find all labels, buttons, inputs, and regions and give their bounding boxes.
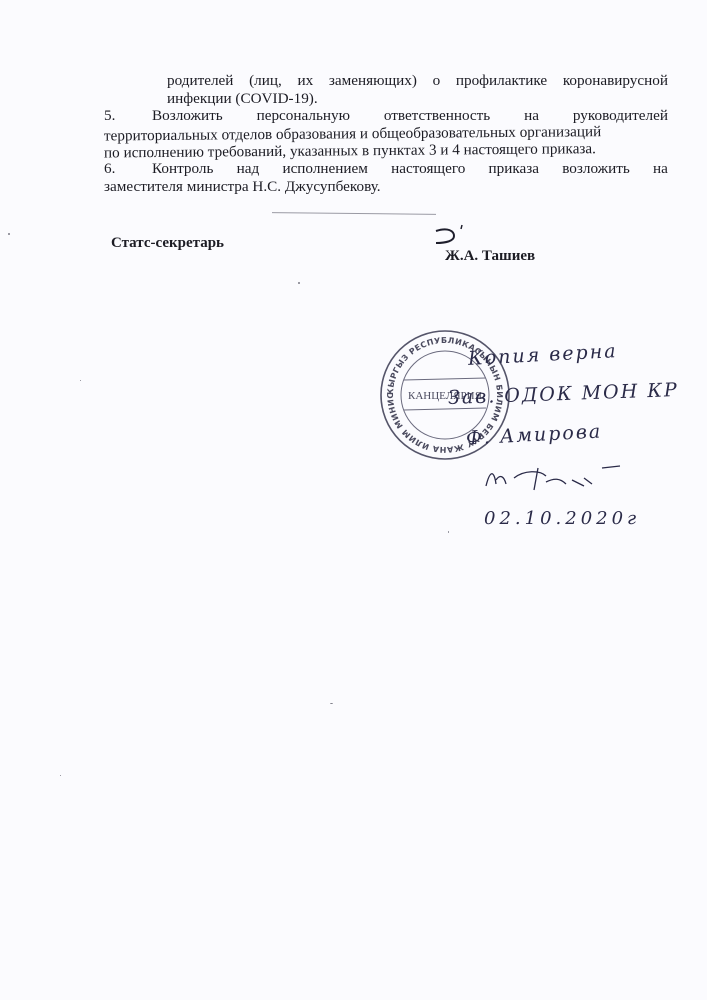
- signature-mark-icon: [432, 222, 472, 248]
- scan-speck: [448, 531, 449, 533]
- scan-speck: [60, 775, 61, 776]
- item-5-number: 5.: [104, 107, 152, 125]
- signatory-name: Ж.А. Ташиев: [445, 248, 535, 265]
- handwritten-signature-icon: [480, 460, 630, 496]
- scan-speck: [298, 282, 300, 284]
- continuation-line-2: инфекции (COVID-19).: [112, 90, 668, 108]
- signatory-title: Статс-секретарь: [111, 235, 224, 252]
- separator-line: [272, 212, 436, 215]
- item-5-line-1: 5.Возложить персональную ответственность…: [104, 107, 668, 125]
- scan-speck: [8, 233, 10, 235]
- document-page: родителей (лиц, их заменяющих) о профила…: [0, 0, 707, 1000]
- item-6-number: 6.: [104, 160, 152, 178]
- continuation-line-1: родителей (лиц, их заменяющих) о профила…: [112, 72, 668, 90]
- certification-date: 02.10.2020г: [484, 508, 640, 529]
- item-6-line-2: заместителя министра Н.С. Джусупбекову.: [104, 178, 668, 196]
- scan-speck: [80, 380, 81, 381]
- scan-speck: [330, 703, 333, 704]
- document-body: родителей (лиц, их заменяющих) о профила…: [112, 72, 668, 195]
- item-6-line-1: 6.Контроль над исполнением настоящего пр…: [104, 160, 668, 178]
